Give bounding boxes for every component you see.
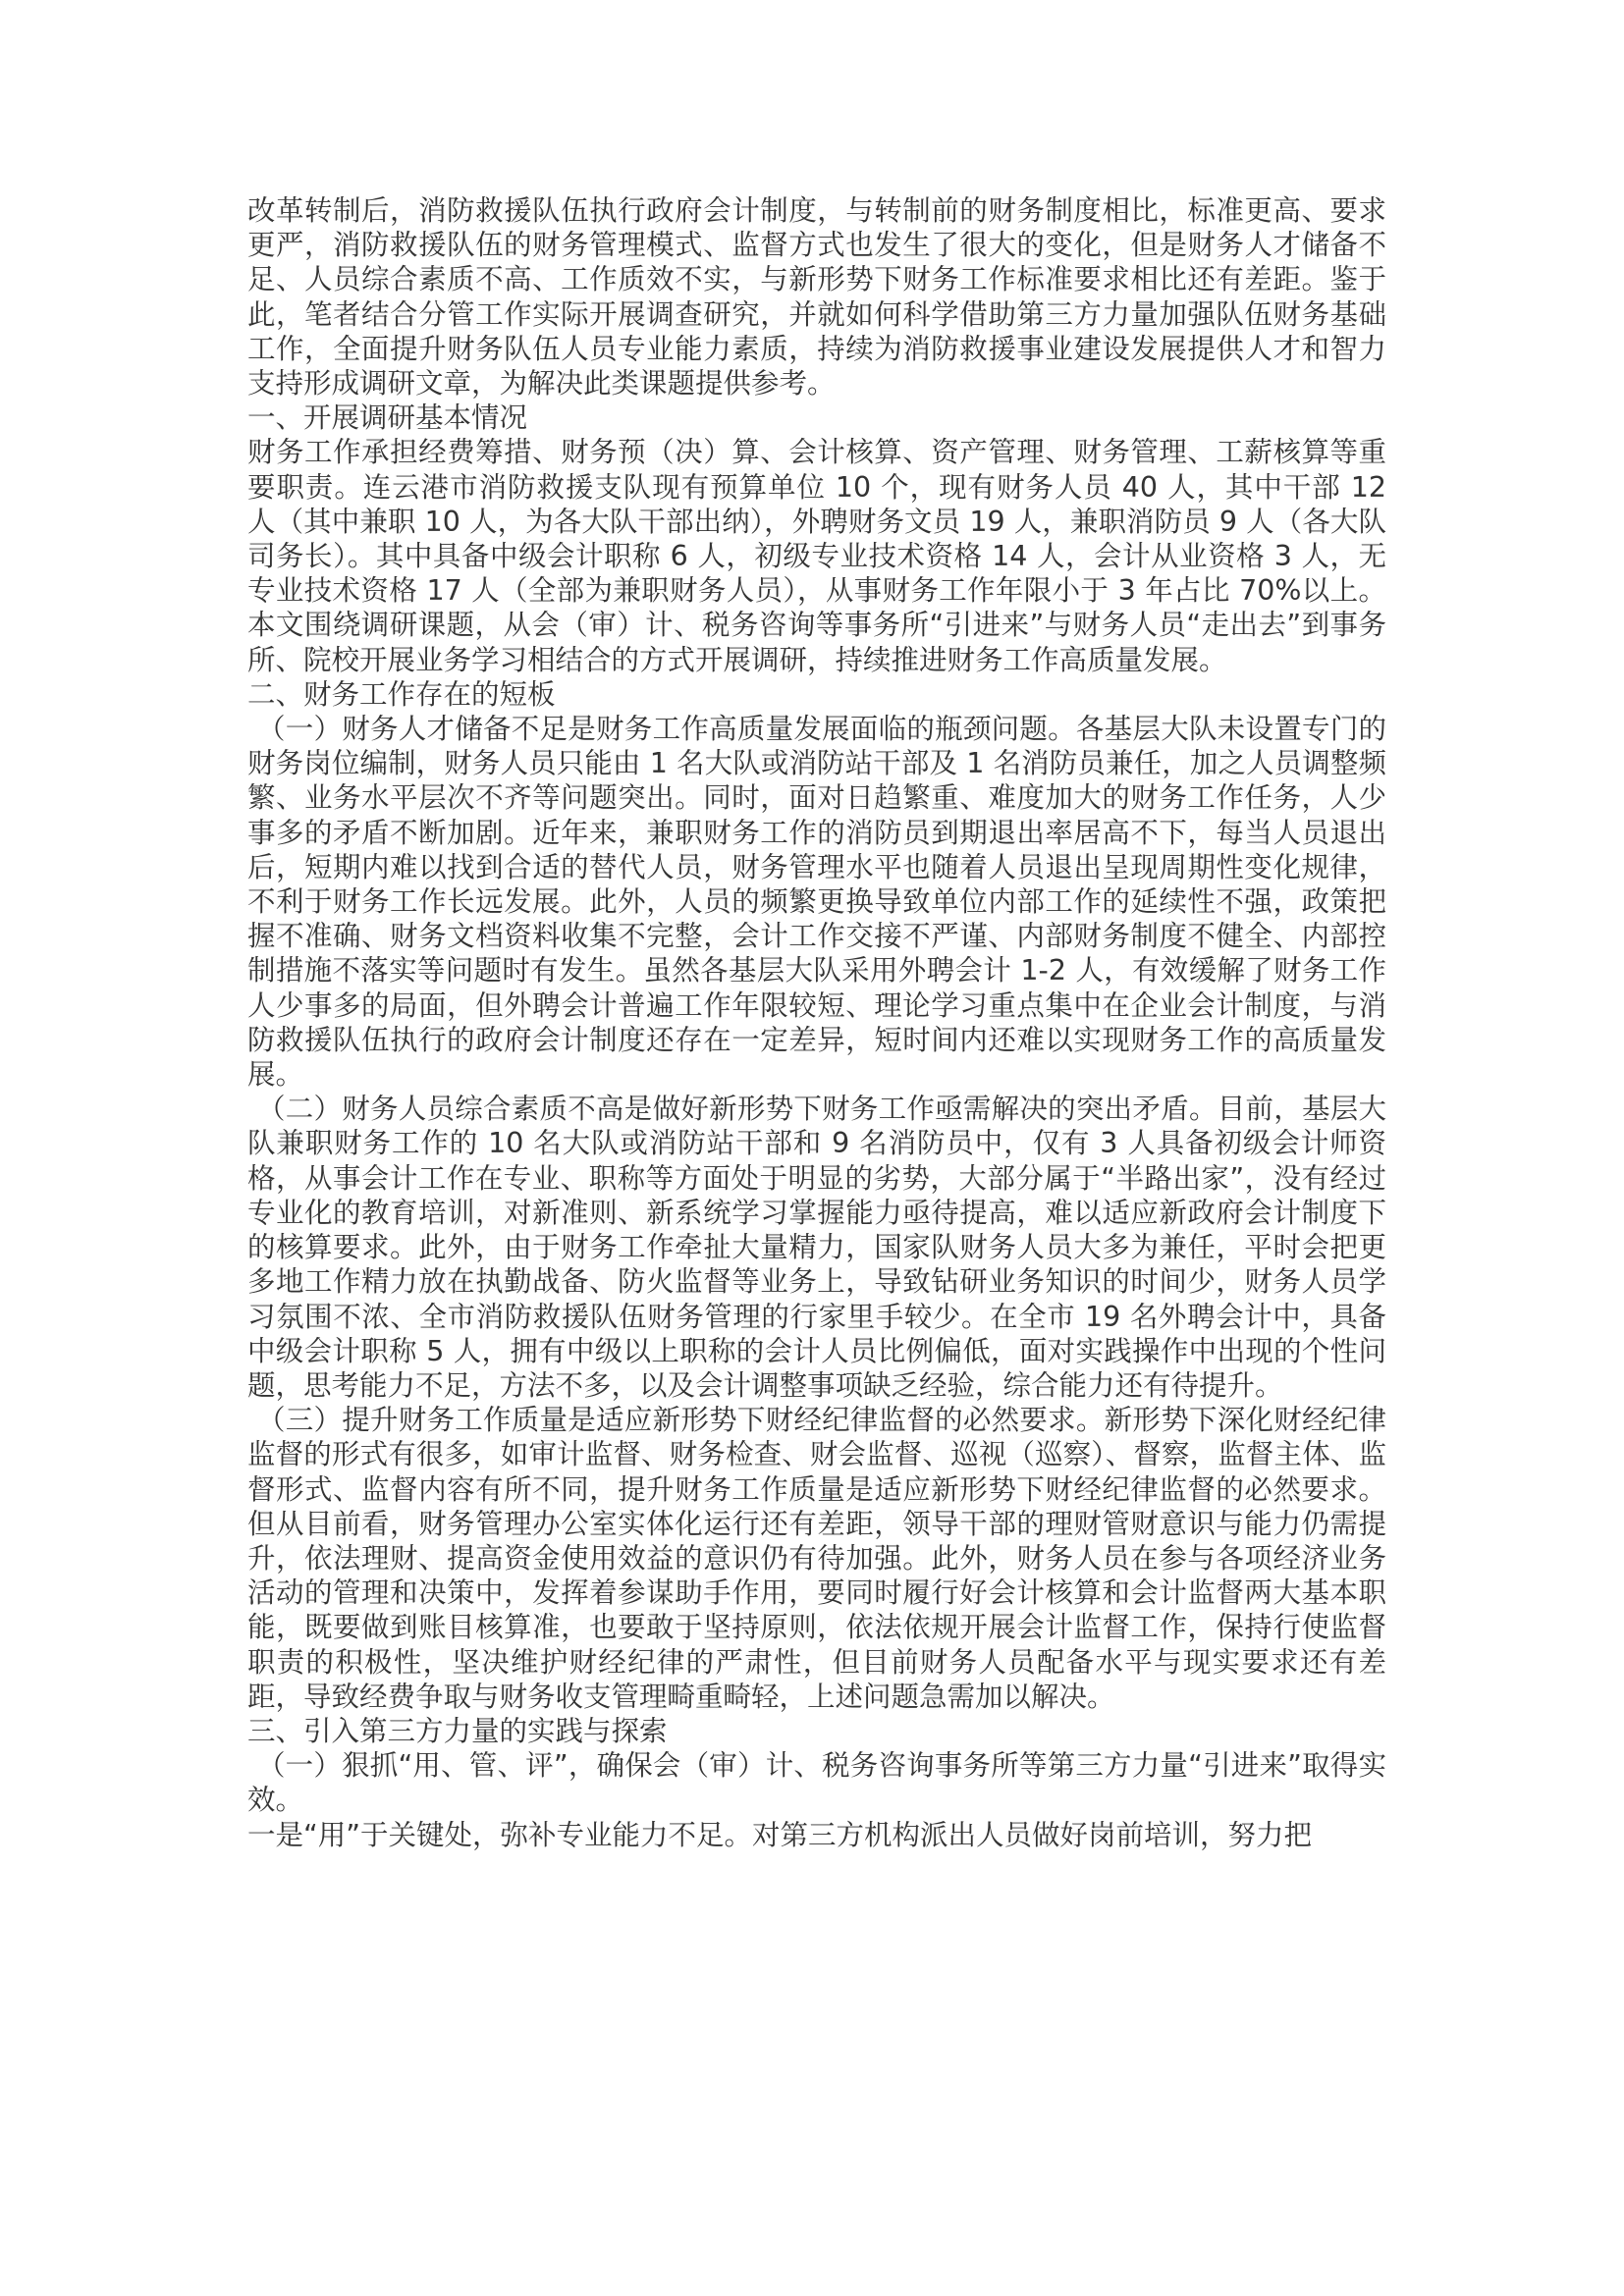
section-heading-1: 一、开展调研基本情况 [247, 400, 1386, 435]
shortcoming-paragraph-1: （一）财务人才储备不足是财务工作高质量发展面临的瓶颈问题。各基层大队未设置专门的… [247, 712, 1386, 1092]
practice-subheading-1: （一）狠抓“用、管、评”，确保会（审）计、税务咨询事务所等第三方力量“引进来”取… [247, 1748, 1386, 1817]
shortcoming-paragraph-3: （三）提升财务工作质量是适应新形势下财经纪律监督的必然要求。新形势下深化财经纪律… [247, 1403, 1386, 1714]
intro-paragraph: 改革转制后，消防救援队伍执行政府会计制度，与转制前的财务制度相比，标准更高、要求… [247, 193, 1386, 400]
document-page: 改革转制后，消防救援队伍执行政府会计制度，与转制前的财务制度相比，标准更高、要求… [247, 193, 1386, 1852]
basic-situation-paragraph: 财务工作承担经费筹措、财务预（决）算、会计核算、资产管理、财务管理、工薪核算等重… [247, 435, 1386, 676]
section-heading-3: 三、引入第三方力量的实践与探索 [247, 1714, 1386, 1748]
practice-paragraph-1: 一是“用”于关键处，弥补专业能力不足。对第三方机构派出人员做好岗前培训，努力把 [247, 1818, 1386, 1852]
section-heading-2: 二、财务工作存在的短板 [247, 677, 1386, 712]
shortcoming-paragraph-2: （二）财务人员综合素质不高是做好新形势下财务工作亟需解决的突出矛盾。目前，基层大… [247, 1092, 1386, 1403]
